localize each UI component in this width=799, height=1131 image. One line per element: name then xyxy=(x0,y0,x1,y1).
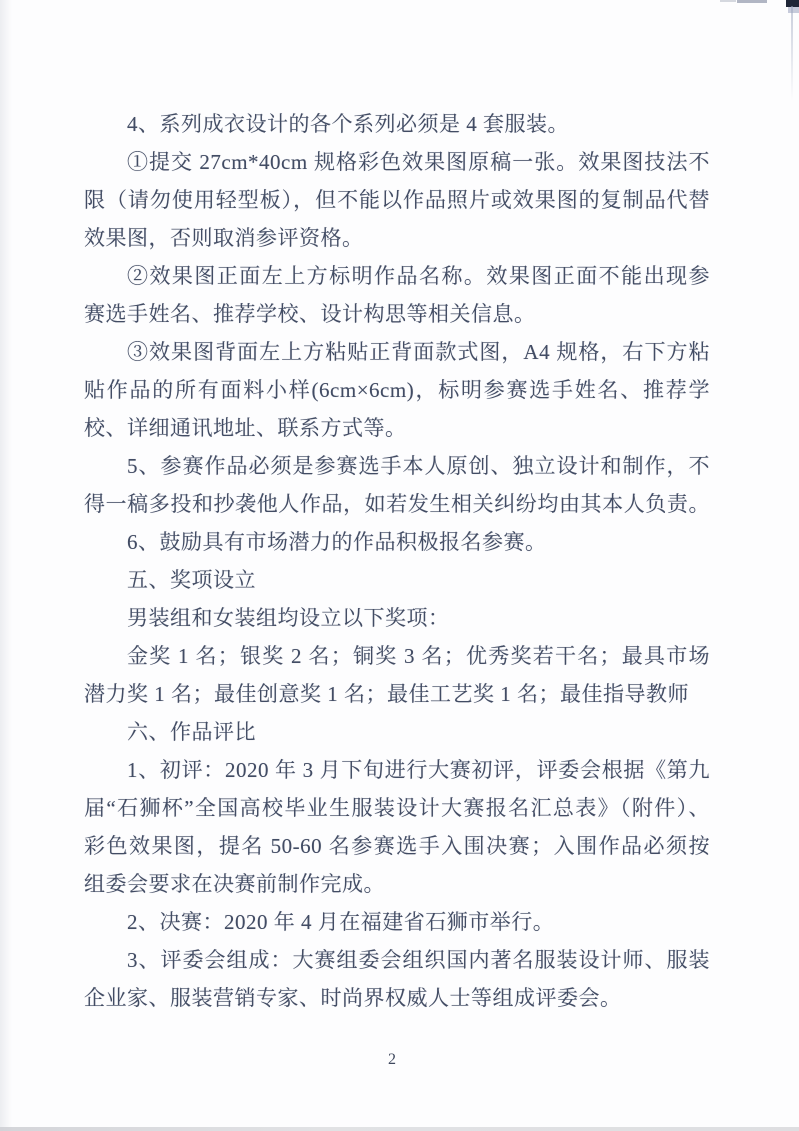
page-number: 2 xyxy=(388,1050,396,1070)
text-line: 潜力奖 1 名；最佳创意奖 1 名；最佳工艺奖 1 名；最佳指导教师 xyxy=(84,675,710,713)
text-line: 效果图，否则取消参评资格。 xyxy=(84,219,710,257)
text-line: 届“石狮杯”全国高校毕业生服装设计大赛报名汇总表》（附件）、 xyxy=(84,789,710,827)
text-line: 六、作品评比 xyxy=(84,713,710,751)
text-line: 校、详细通讯地址、联系方式等。 xyxy=(84,409,710,447)
text-line: 五、奖项设立 xyxy=(84,561,710,599)
text-line: 4、系列成衣设计的各个系列必须是 4 套服装。 xyxy=(84,105,710,143)
text-line: 贴作品的所有面料小样(6cm×6cm)，标明参赛选手姓名、推荐学 xyxy=(84,371,710,409)
text-line: 5、参赛作品必须是参赛选手本人原创、独立设计和制作，不 xyxy=(84,447,710,485)
text-line: 得一稿多投和抄袭他人作品，如若发生相关纠纷均由其本人负责。 xyxy=(84,485,710,523)
document-body: 4、系列成衣设计的各个系列必须是 4 套服装。①提交 27cm*40cm 规格彩… xyxy=(84,105,710,1017)
text-line: 男装组和女装组均设立以下奖项： xyxy=(84,599,710,637)
text-line: 彩色效果图，提名 50-60 名参赛选手入围决赛；入围作品必须按 xyxy=(84,827,710,865)
text-line: 3、评委会组成：大赛组委会组织国内著名服装设计师、服装 xyxy=(84,941,710,979)
scanned-document-page: 4、系列成衣设计的各个系列必须是 4 套服装。①提交 27cm*40cm 规格彩… xyxy=(0,0,799,1131)
text-line: 组委会要求在决赛前制作完成。 xyxy=(84,865,710,903)
scan-right-edge-line xyxy=(791,6,793,101)
text-line: 金奖 1 名；银奖 2 名；铜奖 3 名；优秀奖若干名；最具市场 xyxy=(84,637,710,675)
text-line: ②效果图正面左上方标明作品名称。效果图正面不能出现参 xyxy=(84,257,710,295)
text-line: ③效果图背面左上方粘贴正背面款式图，A4 规格，右下方粘 xyxy=(84,333,710,371)
scan-top-edge-mark-light xyxy=(720,0,736,2)
scan-corner-mark-fade xyxy=(788,7,799,13)
scan-bottom-shadow xyxy=(0,1127,799,1131)
text-line: 2、决赛：2020 年 4 月在福建省石狮市举行。 xyxy=(84,903,710,941)
text-line: 赛选手姓名、推荐学校、设计构思等相关信息。 xyxy=(84,295,710,333)
scan-left-smudge xyxy=(0,0,12,1131)
text-line: 1、初评：2020 年 3 月下旬进行大赛初评，评委会根据《第九 xyxy=(84,751,710,789)
text-line: 限（请勿使用轻型板），但不能以作品照片或效果图的复制品代替 xyxy=(84,181,710,219)
text-line: ①提交 27cm*40cm 规格彩色效果图原稿一张。效果图技法不 xyxy=(84,143,710,181)
text-line: 企业家、服装营销专家、时尚界权威人士等组成评委会。 xyxy=(84,979,710,1017)
text-line: 6、鼓励具有市场潜力的作品积极报名参赛。 xyxy=(84,523,710,561)
scan-top-edge-mark xyxy=(737,0,767,3)
